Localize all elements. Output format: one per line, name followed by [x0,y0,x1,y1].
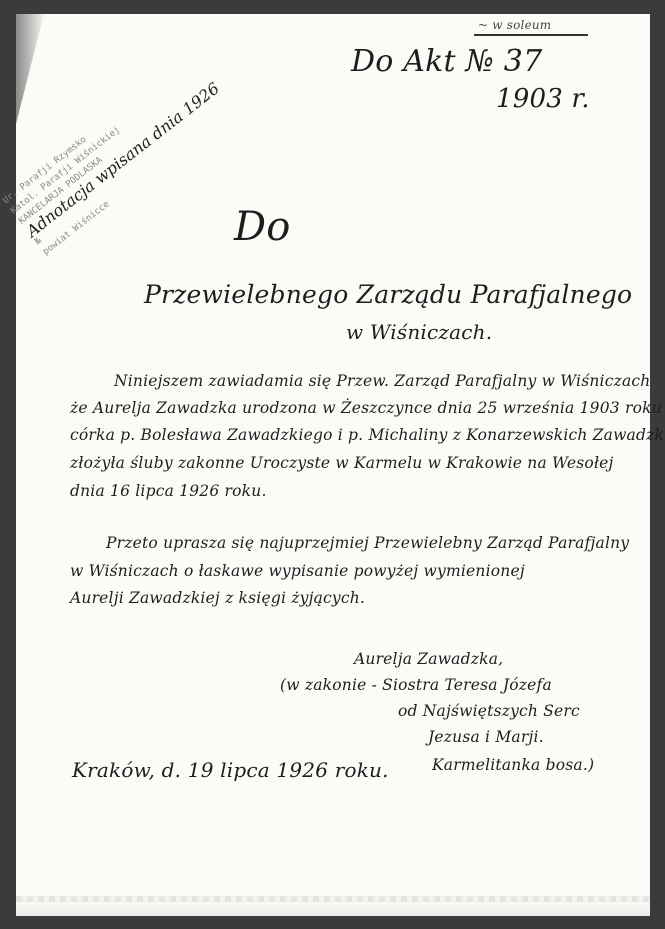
folded-corner [16,14,44,124]
reference-year: 1903 r. [496,84,590,114]
reference-number: Do Akt № 37 [351,44,542,79]
body-line: w Wiśniczach o łaskawe wypisanie powyżej… [70,562,525,580]
body-line: Niniejszem zawiadamia się Przew. Zarząd … [114,372,650,390]
body-line: córka p. Bolesława Zawadzkiego i p. Mich… [70,426,665,444]
addressee-line-1: Przewielebnego Zarządu Parafjalnego [144,280,632,309]
place-date: Kraków, d. 19 lipca 1926 roku. [72,758,389,782]
addressee-line-2: w Wiśniczach. [346,320,492,344]
reference-underline [474,34,588,36]
signature-line: od Najświętszych Serc [398,702,580,720]
body-line: Aurelji Zawadzkiej z księgi żyjących. [70,589,365,607]
signature-name: Aurelja Zawadzka, [354,650,503,668]
body-line: że Aurelja Zawadzka urodzona w Żeszczync… [70,399,662,417]
scan-artifact-strip [16,896,650,902]
salutation-do: Do [234,204,291,250]
signature-line: Jezusa i Marji. [428,728,544,746]
signature-line: (w zakonie - Siostra Teresa Józefa [280,676,552,694]
body-line: dnia 16 lipca 1926 roku. [70,482,267,500]
body-line: złożyła śluby zakonne Uroczyste w Karmel… [70,454,614,472]
signature-line: Karmelitanka bosa.) [432,756,594,774]
body-line: Przeto uprasza się najuprzejmiej Przewie… [106,534,629,552]
reference-overline-note: ~ w soleum [478,18,551,32]
document-page: ~ w soleum Do Akt № 37 1903 r. Ur. Paraf… [16,14,650,916]
